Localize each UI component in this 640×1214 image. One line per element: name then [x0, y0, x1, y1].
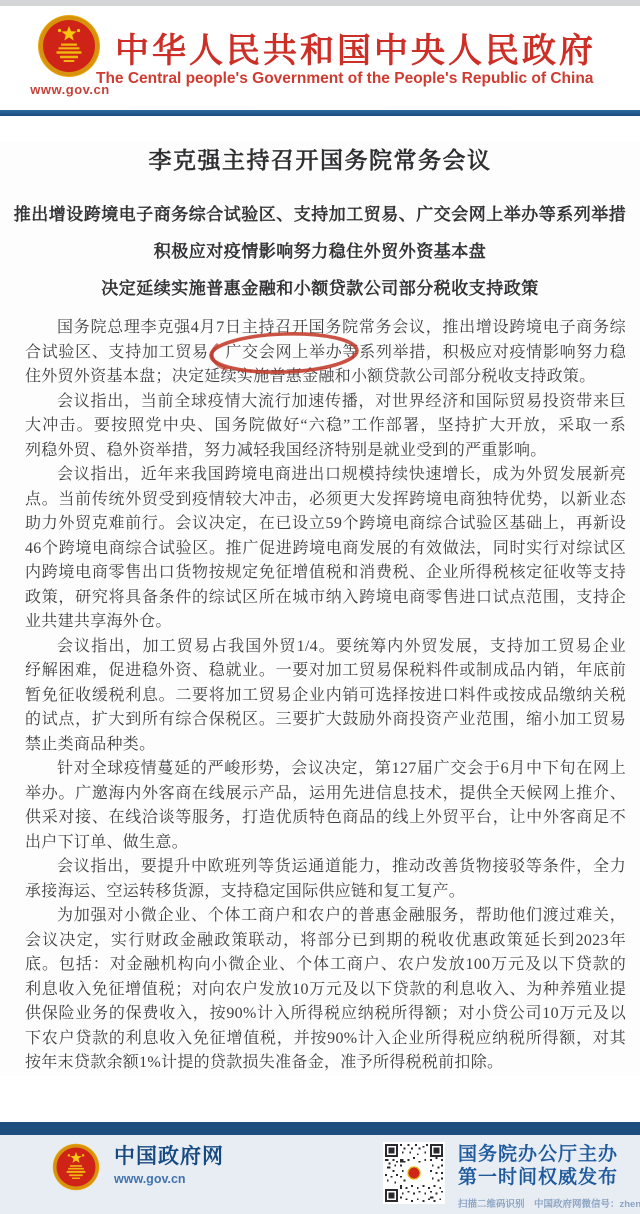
- body-line: 下农户贷款的利息收入免征增值税，并按90%计入企业所得税应纳税所得额，对其: [25, 1027, 626, 1052]
- footer-site-url[interactable]: www.gov.cn: [114, 1172, 224, 1186]
- body-line: 底。包括：对金融机构向小微企业、个体工商户、农户发放100万元及以下贷款的: [25, 953, 626, 978]
- body-line: 纾解困难，促进稳外资、稳就业。一要对加工贸易保税料件或制成品内销，年底前: [25, 659, 626, 684]
- body-line: 承接海运、空运转移货源，支持稳定国际供应链和复工复产。: [25, 880, 626, 905]
- body-line: 助力外贸克难前行。会议决定，在已设立59个跨境电商综合试验区基础上，再新设: [25, 512, 626, 537]
- national-emblem-icon: [52, 1143, 100, 1191]
- national-emblem-icon: [37, 14, 101, 78]
- body-line: 46个跨境电商综合试验区。推广促进跨境电商发展的有效做法，同时实行对综试区: [25, 537, 626, 562]
- footer-wechat-hint: 扫描二维码识别 中国政府网微信号：zhengfu: [458, 1196, 640, 1210]
- body-line: 内跨境电商零售出口货物按规定免征增值税和消费税、企业所得税核定征收等支持: [25, 561, 626, 586]
- body-line: 利息收入免征增值税；对向农户发放10万元及以下贷款的利息收入、为种养殖业提: [25, 978, 626, 1003]
- body-line: 会议决定，实行财政金融政策联动，将部分已到期的税收优惠政策延长到2023年: [25, 929, 626, 954]
- footer-site-name[interactable]: 中国政府网: [114, 1145, 224, 1169]
- qr-code-icon: [383, 1141, 445, 1205]
- site-title[interactable]: 中华人民共和国中央人民政府: [115, 23, 596, 72]
- site-header: www.gov.cn 中华人民共和国中央人民政府 The Central peo…: [0, 6, 640, 110]
- body-line: 国务院总理李克强4月7日主持召开国务院常务会议，推出增设跨境电子商务综: [25, 316, 626, 341]
- footer-divider-bar: [0, 1122, 640, 1135]
- article-title: 李克强主持召开国务院常务会议: [0, 142, 640, 175]
- article-subtitle: 积极应对疫情影响努力稳住外贸外资基本盘: [0, 242, 640, 262]
- footer-slogan-line: 第一时间权威发布: [458, 1166, 640, 1189]
- body-line: 出户下订单、做生意。: [25, 831, 626, 856]
- body-line: 的试点，扩大到所有综合保税区。三要扩大鼓励外商投资产业范围，缩小加工贸易: [25, 708, 626, 733]
- article-body: 国务院总理李克强4月7日主持召开国务院常务会议，推出增设跨境电子商务综 合试验区…: [0, 316, 640, 1076]
- article-subtitle: 推出增设跨境电子商务综合试验区、支持加工贸易、广交会网上举办等系列举措: [0, 205, 640, 225]
- body-line: 禁止类商品种类。: [25, 733, 626, 758]
- footer-qr-block: 国务院办公厅主办 第一时间权威发布 扫描二维码识别 中国政府网微信号：zheng…: [383, 1141, 640, 1210]
- header-divider: [0, 110, 640, 116]
- footer-qr-text: 国务院办公厅主办 第一时间权威发布 扫描二维码识别 中国政府网微信号：zheng…: [458, 1141, 640, 1210]
- body-line: 为加强对小微企业、个体工商户和农户的普惠金融服务，帮助他们渡过难关，: [25, 904, 626, 929]
- body-line: 供采对接、在线洽谈等服务，打造优质特色商品的线上外贸平台，让中外客商足不: [25, 806, 626, 831]
- footer-brand[interactable]: 中国政府网 www.gov.cn: [52, 1143, 224, 1191]
- site-subtitle-en: The Central people's Government of the P…: [96, 70, 593, 88]
- body-line: 会议指出，近年来我国跨境电商进出口规模持续快速增长，成为外贸发展新亮: [25, 463, 626, 488]
- body-line: 点。当前传统外贸受到疫情较大冲击，必须更大发挥跨境电商独特优势，以新业态: [25, 488, 626, 513]
- body-line: 列稳外贸、稳外资举措，努力减轻我国经济特别是就业受到的严重影响。: [25, 439, 626, 464]
- footer-brand-text: 中国政府网 www.gov.cn: [114, 1143, 224, 1186]
- body-line: 业共建共享海外仓。: [25, 610, 626, 635]
- body-line: 会议指出，加工贸易占我国外贸1/4。要统筹内外贸发展，支持加工贸易企业: [25, 635, 626, 660]
- body-line: 大冲击。要按照党中央、国务院做好“六稳”工作部署，坚持扩大开放，采取一系: [25, 414, 626, 439]
- article-subtitle: 决定延续实施普惠金融和小额贷款公司部分税收支持政策: [0, 279, 640, 299]
- footer-main: 中国政府网 www.gov.cn 国务院: [0, 1135, 640, 1214]
- body-line: 会议指出，当前全球疫情大流行加速传播，对世界经济和国际贸易投资带来巨: [25, 390, 626, 415]
- article-subtitles: 推出增设跨境电子商务综合试验区、支持加工贸易、广交会网上举办等系列举措 积极应对…: [0, 205, 640, 299]
- body-line: 政策，研究将具备条件的综试区所在城市纳入跨境电商零售进口试点范围，支持企: [25, 586, 626, 611]
- body-line: 针对全球疫情蔓延的严峻形势，会议决定，第127届广交会于6月中下旬在网上: [25, 757, 626, 782]
- body-line: 暂免征收缓税利息。二要将加工贸易企业内销可选择按进口料件或按成品缴纳关税: [25, 684, 626, 709]
- site-footer: 中国政府网 www.gov.cn 国务院: [0, 1122, 640, 1214]
- body-line: 供保险业务的保费收入，按90%计入所得税应纳税所得额；对小贷公司10万元及以: [25, 1002, 626, 1027]
- footer-sponsor-line: 国务院办公厅主办: [458, 1143, 640, 1166]
- article: 李克强主持召开国务院常务会议 推出增设跨境电子商务综合试验区、支持加工贸易、广交…: [0, 142, 640, 1076]
- body-line: 住外贸外资基本盘；决定延续实施普惠金融和小额贷款公司部分税收支持政策。: [25, 365, 626, 390]
- body-line: 举办。广邀海内外客商在线展示产品，运用先进信息技术，提供全天候网上推介、: [25, 782, 626, 807]
- body-line: 按年末贷款余额1%计提的贷款损失准备金，准予所得税税前扣除。: [25, 1051, 626, 1076]
- body-line: 会议指出，要提升中欧班列等货运通道能力，推动改善货物接驳等条件，全力: [25, 855, 626, 880]
- body-line: 合试验区、支持加工贸易、广交会网上举办等系列举措，积极应对疫情影响努力稳: [25, 341, 626, 366]
